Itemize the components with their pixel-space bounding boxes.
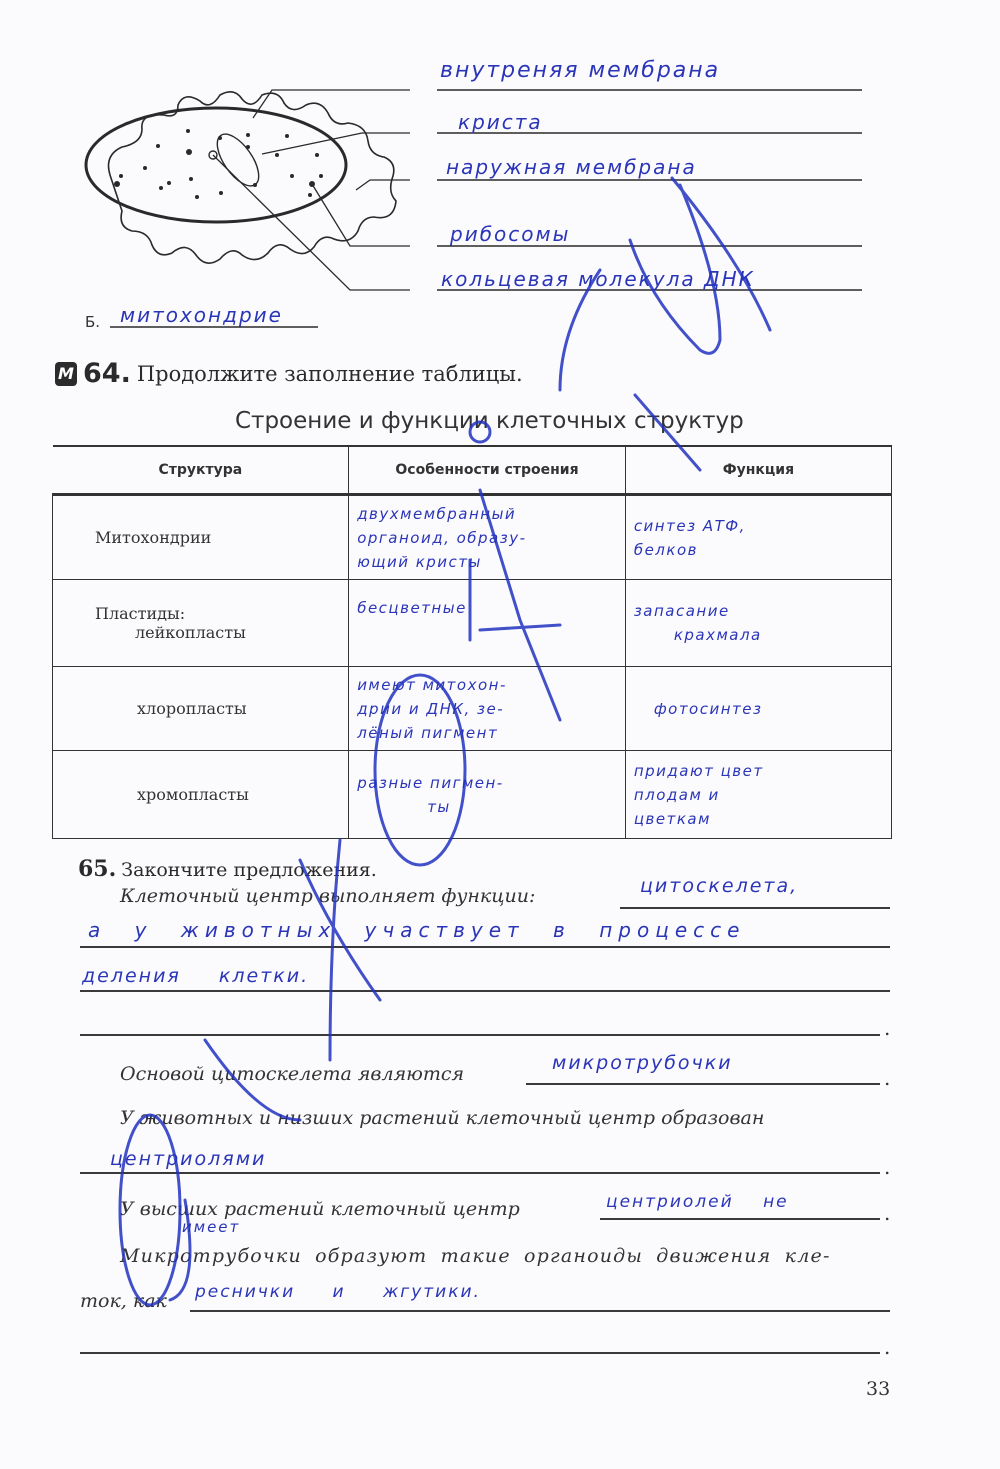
table-row: Пластиды: лейкопласты бесцветные запасан…	[53, 580, 892, 667]
diagram-label-2: криста	[458, 110, 543, 134]
sentence-5-prompt-cont: ток, как	[80, 1290, 167, 1312]
answer-line	[620, 907, 890, 909]
sentence-4-answer: центриолей не	[606, 1192, 789, 1212]
sentence-2-prompt: Основой цитоскелета являются	[120, 1063, 464, 1085]
row-features: разные пигмен- ты	[349, 751, 626, 839]
answer-line	[80, 990, 890, 992]
page-number: 33	[866, 1378, 890, 1400]
col-header-features: Особенности строения	[349, 446, 626, 495]
sentence-1-answer-cont: а у животных участвует в процессе	[88, 918, 745, 942]
organelle-answer: митохондрие	[120, 303, 283, 327]
task-65-heading: 65. Закончите предложения.	[78, 856, 377, 882]
task-number: 65.	[78, 856, 116, 882]
period: .	[884, 1155, 890, 1179]
period: .	[884, 1016, 890, 1040]
row-function: запасание крахмала	[625, 580, 891, 667]
sentence-3-answer: центриолями	[110, 1148, 266, 1170]
answer-line	[80, 946, 890, 948]
diagram-label-1: внутреняя мембрана	[440, 58, 720, 83]
sentence-2-answer: микротрубочки	[552, 1052, 733, 1074]
sentence-1-answer-cont: деления клетки.	[82, 965, 309, 987]
answer-line	[526, 1083, 880, 1085]
row-structure: хромопласты	[53, 751, 349, 839]
row-function: фотосинтез	[625, 667, 891, 751]
col-header-function: Функция	[625, 446, 891, 495]
sentence-3-prompt: У животных и низших растений клеточный ц…	[120, 1107, 764, 1129]
row-features: бесцветные	[349, 580, 626, 667]
diagram-label-5: кольцевая молекула ДНК	[441, 267, 755, 291]
sentence-5-answer: реснички и жгутики.	[195, 1282, 481, 1302]
table-title: Строение и функции клеточных структур	[235, 408, 744, 434]
row-function: придают цвет плодам и цветкам	[625, 751, 891, 839]
diagram-label-3: наружная мембрана	[446, 155, 697, 179]
sentence-1-prompt: Клеточный центр выполняет функции:	[120, 885, 535, 907]
row-structure: Митохондрии	[53, 495, 349, 580]
table-row: хлоропласты имеют митохон- дрии и ДНК, з…	[53, 667, 892, 751]
row-function: синтез АТФ, белков	[625, 495, 891, 580]
col-header-structure: Структура	[53, 446, 349, 495]
table-header-row: Структура Особенности строения Функция	[53, 446, 892, 495]
period: .	[884, 1066, 890, 1090]
sentence-4-answer-cont: имеет	[182, 1218, 240, 1236]
diagram-label-4: рибосомы	[450, 222, 570, 246]
period: .	[884, 1335, 890, 1359]
answer-prefix: Б.	[85, 313, 100, 331]
sentence-1-answer: цитоскелета,	[640, 875, 798, 897]
period: .	[884, 1201, 890, 1225]
task-instruction: Продолжите заполнение таблицы.	[137, 362, 523, 386]
answer-line	[80, 1172, 880, 1174]
m-badge-icon: М	[55, 362, 77, 386]
answer-line	[600, 1218, 880, 1220]
sentence-5-prompt: Микротрубочки образуют такие органоиды д…	[120, 1245, 831, 1267]
table-row: Митохондрии двухмембранный органоид, обр…	[53, 495, 892, 580]
answer-line	[80, 1034, 880, 1036]
task-number: 64.	[83, 358, 131, 389]
row-features: имеют митохон- дрии и ДНК, зе- лёный пиг…	[349, 667, 626, 751]
answer-line	[190, 1310, 890, 1312]
row-structure: Пластиды: лейкопласты	[53, 580, 349, 667]
task-instruction: Закончите предложения.	[121, 859, 377, 881]
row-features: двухмембранный органоид, образу- ющий кр…	[349, 495, 626, 580]
sentence-4-prompt: У высших растений клеточный центр	[120, 1198, 520, 1220]
answer-line	[80, 1352, 880, 1354]
table-row: хромопласты разные пигмен- ты придают цв…	[53, 751, 892, 839]
task-64-heading: М 64. Продолжите заполнение таблицы.	[55, 358, 523, 389]
row-structure: хлоропласты	[53, 667, 349, 751]
cell-structures-table: Структура Особенности строения Функция М…	[52, 445, 892, 839]
